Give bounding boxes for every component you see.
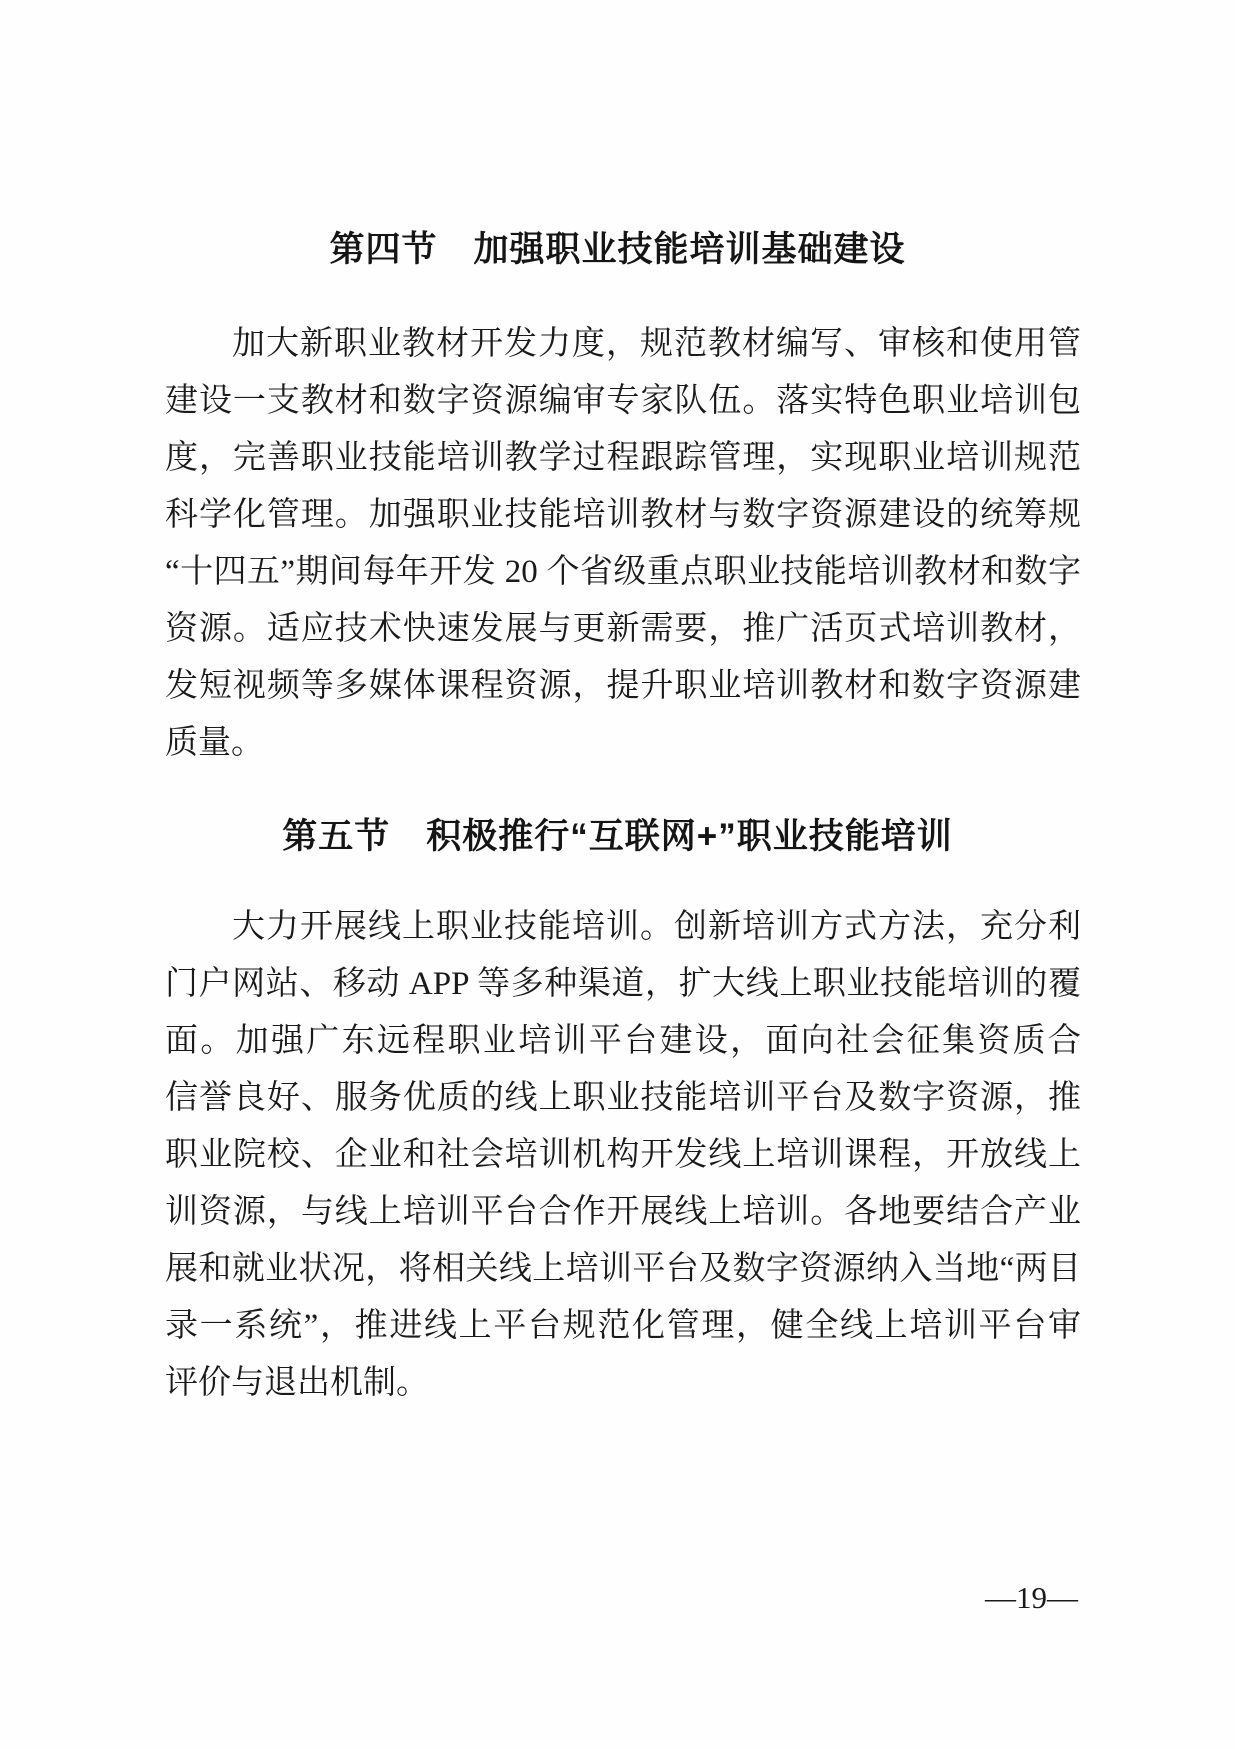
text-line: 加大新职业教材开发力度，规范教材编写、审核和使用管理， — [165, 316, 1081, 373]
text-line: 评价与退出机制。 — [165, 1355, 1081, 1412]
text-line: 职业院校、企业和社会培训机构开发线上培训课程，开放线上培 — [165, 1127, 1081, 1184]
text-line: 信誉良好、服务优质的线上职业技能培训平台及数字资源，推动 — [165, 1070, 1081, 1127]
text-line: 大力开展线上职业技能培训。创新培训方式方法，充分利用 — [165, 899, 1081, 956]
section-4-heading: 第四节 加强职业技能培训基础建设 — [0, 228, 1235, 272]
section-5-heading: 第五节 积极推行“互联网+”职业技能培训 — [0, 815, 1235, 859]
section-4-paragraph: 加大新职业教材开发力度，规范教材编写、审核和使用管理， 建设一支教材和数字资源编… — [165, 316, 1081, 772]
text-line: 展和就业状况，将相关线上培训平台及数字资源纳入当地“两目 — [165, 1241, 1081, 1298]
text-line: 科学化管理。加强职业技能培训教材与数字资源建设的统筹规划， — [165, 487, 1081, 544]
document-page: 第四节 加强职业技能培训基础建设 加大新职业教材开发力度，规范教材编写、审核和使… — [0, 0, 1235, 1749]
text-line: 建设一支教材和数字资源编审专家队伍。落实特色职业培训包制 — [165, 373, 1081, 430]
text-line: 度，完善职业技能培训教学过程跟踪管理，实现职业培训规范化、 — [165, 430, 1081, 487]
text-line: 训资源，与线上培训平台合作开展线上培训。各地要结合产业发 — [165, 1184, 1081, 1241]
text-line: 质量。 — [165, 715, 1081, 772]
text-line: 发短视频等多媒体课程资源，提升职业培训教材和数字资源建设 — [165, 658, 1081, 715]
section-5-paragraph: 大力开展线上职业技能培训。创新培训方式方法，充分利用 门户网站、移动 APP 等… — [165, 899, 1081, 1412]
text-line: 门户网站、移动 APP 等多种渠道，扩大线上职业技能培训的覆盖 — [165, 956, 1081, 1013]
page-number: —19— — [985, 1578, 1095, 1618]
text-line: 资源。适应技术快速发展与更新需要，推广活页式培训教材，开 — [165, 601, 1081, 658]
text-line: 面。加强广东远程职业培训平台建设，面向社会征集资质合法、 — [165, 1013, 1081, 1070]
text-line: “十四五”期间每年开发 20 个省级重点职业技能培训教材和数字 — [165, 544, 1081, 601]
text-line: 录一系统”，推进线上平台规范化管理，健全线上培训平台审核、 — [165, 1298, 1081, 1355]
